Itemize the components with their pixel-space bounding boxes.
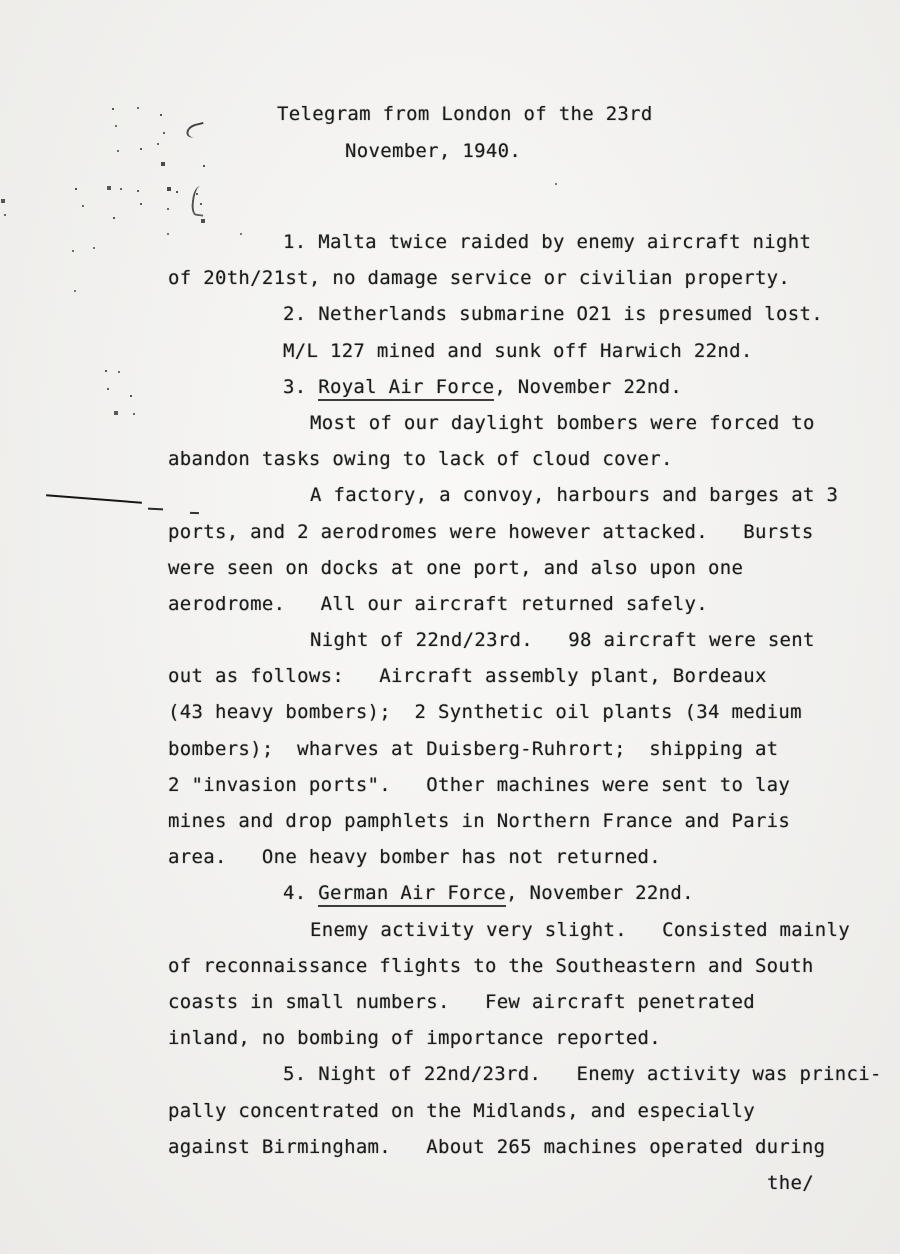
line-text: 1. Malta twice raided by enemy aircraft … — [283, 231, 811, 253]
line-text: Most of our daylight bombers were forced… — [310, 412, 815, 434]
telegram-line: 5. Night of 22nd/23rd. Enemy activity wa… — [0, 1056, 900, 1092]
telegram-line: bombers); wharves at Duisberg-Ruhrort; s… — [0, 731, 900, 767]
line-text: were seen on docks at one port, and also… — [168, 557, 743, 579]
line-text: of 20th/21st, no damage service or civil… — [168, 267, 790, 289]
line-text: bombers); wharves at Duisberg-Ruhrort; s… — [168, 738, 778, 760]
line-text: 5. Night of 22nd/23rd. Enemy activity wa… — [283, 1063, 882, 1085]
telegram-line: mines and drop pamphlets in Northern Fra… — [0, 803, 900, 839]
telegram-line: pally concentrated on the Midlands, and … — [0, 1093, 900, 1129]
line-text: mines and drop pamphlets in Northern Fra… — [168, 810, 790, 832]
telegram-line: inland, no bombing of importance reporte… — [0, 1020, 900, 1056]
telegram-line: were seen on docks at one port, and also… — [0, 550, 900, 586]
line-text: Enemy activity very slight. Consisted ma… — [310, 919, 850, 941]
pencil-mark — [185, 122, 207, 139]
telegram-line: of 20th/21st, no damage service or civil… — [0, 260, 900, 296]
underlined-heading-text: German Air Force — [318, 882, 506, 907]
telegram-line: Night of 22nd/23rd. 98 aircraft were sen… — [0, 622, 900, 658]
telegram-line: A factory, a convoy, harbours and barges… — [0, 477, 900, 513]
telegram-line: Enemy activity very slight. Consisted ma… — [0, 912, 900, 948]
line-text: aerodrome. All our aircraft returned saf… — [168, 593, 708, 615]
telegram-line: aerodrome. All our aircraft returned saf… — [0, 586, 900, 622]
telegram-line: 1. Malta twice raided by enemy aircraft … — [0, 224, 900, 260]
telegram-line: ports, and 2 aerodromes were however att… — [0, 514, 900, 550]
telegram-line: M/L 127 mined and sunk off Harwich 22nd. — [0, 333, 900, 369]
telegram-line: 2 "invasion ports". Other machines were … — [0, 767, 900, 803]
telegram-line: 4. German Air Force, November 22nd. — [0, 875, 900, 911]
line-text: 2 "invasion ports". Other machines were … — [168, 774, 790, 796]
line-text: (43 heavy bombers); 2 Synthetic oil plan… — [168, 701, 802, 723]
line-text: 2. Netherlands submarine O21 is presumed… — [283, 303, 823, 325]
line-text: A factory, a convoy, harbours and barges… — [310, 484, 838, 506]
telegram-line: Most of our daylight bombers were forced… — [0, 405, 900, 441]
line-text: area. One heavy bomber has not returned. — [168, 846, 661, 868]
document-lines: 1. Malta twice raided by enemy aircraft … — [0, 224, 900, 1201]
line-text: ports, and 2 aerodromes were however att… — [168, 521, 814, 543]
pencil-mark — [190, 185, 207, 216]
line-text: abandon tasks owing to lack of cloud cov… — [168, 448, 673, 470]
line-text: coasts in small numbers. Few aircraft pe… — [168, 991, 755, 1013]
page-title: Telegram from London of the 23rd — [277, 103, 653, 125]
telegram-line: against Birmingham. About 265 machines o… — [0, 1129, 900, 1165]
line-text: inland, no bombing of importance reporte… — [168, 1027, 661, 1049]
telegram-line: abandon tasks owing to lack of cloud cov… — [0, 441, 900, 477]
telegram-line: coasts in small numbers. Few aircraft pe… — [0, 984, 900, 1020]
line-text: , November 22nd. — [506, 882, 694, 904]
telegram-line: of reconnaissance flights to the Southea… — [0, 948, 900, 984]
telegram-line: (43 heavy bombers); 2 Synthetic oil plan… — [0, 694, 900, 730]
telegram-line: out as follows: Aircraft assembly plant,… — [0, 658, 900, 694]
telegram-line: 2. Netherlands submarine O21 is presumed… — [0, 296, 900, 332]
line-text: of reconnaissance flights to the Southea… — [168, 955, 814, 977]
line-text: out as follows: Aircraft assembly plant,… — [168, 665, 767, 687]
line-text: M/L 127 mined and sunk off Harwich 22nd. — [283, 340, 753, 362]
line-text: pally concentrated on the Midlands, and … — [168, 1100, 755, 1122]
scan-speckles — [0, 0, 2, 2]
line-text: 3. — [283, 376, 318, 398]
page-title-date: November, 1940. — [345, 140, 521, 162]
telegram-line: area. One heavy bomber has not returned. — [0, 839, 900, 875]
continuation-marker: the/ — [0, 1165, 900, 1201]
line-text: against Birmingham. About 265 machines o… — [168, 1136, 825, 1158]
line-text: 4. — [283, 882, 318, 904]
underlined-heading-text: Royal Air Force — [318, 376, 494, 401]
line-text: , November 22nd. — [494, 376, 682, 398]
line-text: Night of 22nd/23rd. 98 aircraft were sen… — [310, 629, 815, 651]
telegram-page: Telegram from London of the 23rd Novembe… — [0, 0, 900, 1254]
telegram-line: 3. Royal Air Force, November 22nd. — [0, 369, 900, 405]
